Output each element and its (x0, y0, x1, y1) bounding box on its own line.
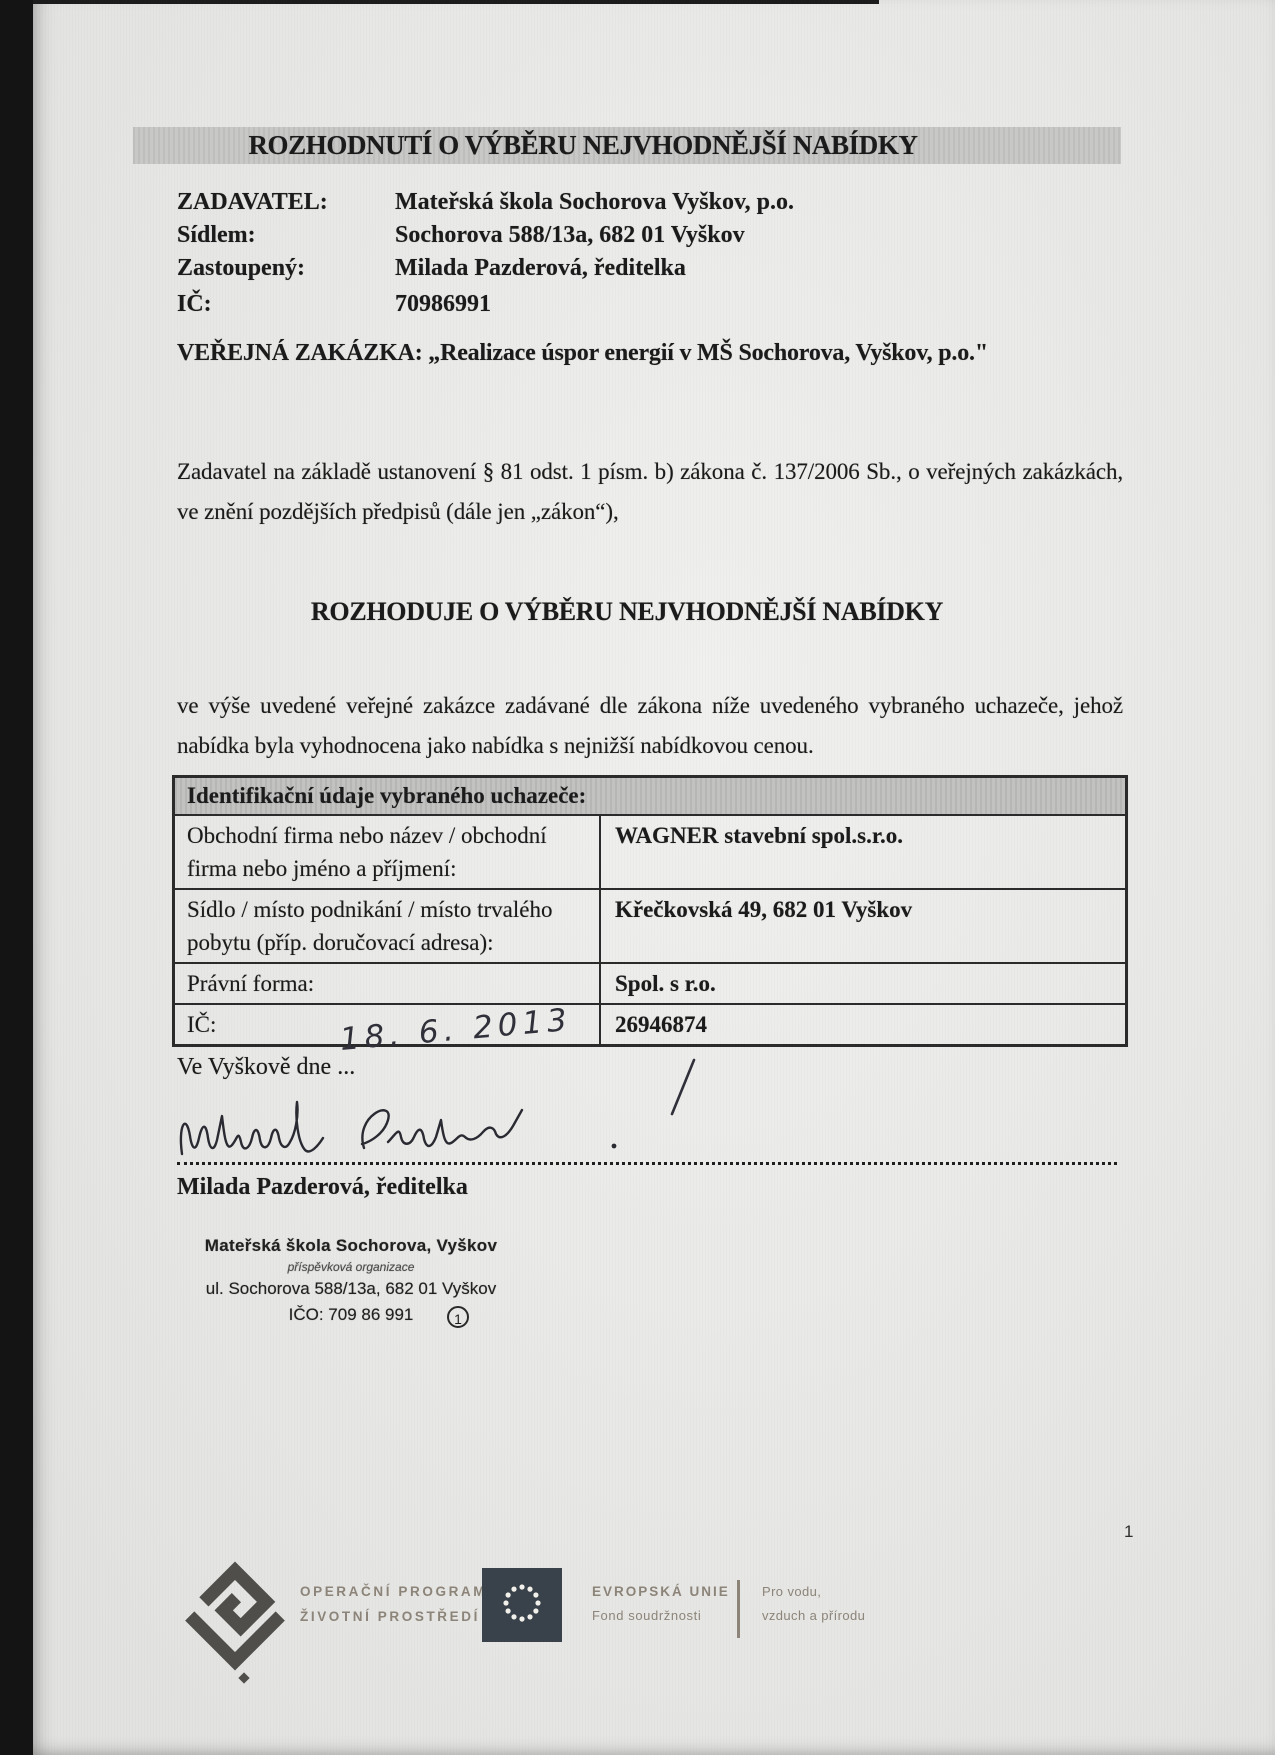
public-contract-line: VEŘEJNÁ ZAKÁZKA: „Realizace úspor energi… (177, 340, 988, 367)
document-title: ROZHODNUTÍ O VÝBĚRU NEJVHODNĚJŠÍ NABÍDKY (248, 130, 917, 161)
authority-row: Sídlem: Sochorova 588/13a, 682 01 Vyškov (177, 219, 937, 252)
table-row: IČ: 26946874 (175, 1005, 1125, 1044)
op-program-line2: ŽIVOTNÍ PROSTŘEDÍ (300, 1609, 487, 1624)
authority-row: IČ: 70986991 (177, 288, 937, 321)
authority-row: ZADAVATEL: Mateřská škola Sochorova Vyšk… (177, 186, 937, 219)
eu-line1: EVROPSKÁ UNIE (592, 1584, 730, 1599)
intro-paragraph: Zadavatel na základě ustanovení § 81 ods… (177, 452, 1123, 532)
slogan-line1: Pro vodu, (762, 1584, 865, 1599)
footer-divider (737, 1580, 740, 1638)
stamp-org-name: Mateřská škola Sochorova, Vyškov (186, 1236, 516, 1256)
authority-value: Sochorova 588/13a, 682 01 Vyškov (395, 219, 745, 252)
authority-label: Sídlem: (177, 219, 395, 252)
authority-block: ZADAVATEL: Mateřská škola Sochorova Vyšk… (177, 186, 937, 321)
eu-flag-icon (482, 1568, 562, 1642)
stamp-org-type: příspěvková organizace (186, 1260, 516, 1274)
table-row-value: WAGNER stavební spol.s.r.o. (601, 816, 1125, 888)
eu-label: EVROPSKÁ UNIE Fond soudržnosti (592, 1584, 730, 1623)
authority-label: Zastoupený: (177, 252, 395, 285)
table-row-value: 26946874 (601, 1005, 1125, 1044)
authority-label: IČ: (177, 288, 395, 321)
stamp-number-badge: 1 (447, 1306, 469, 1328)
authority-label: ZADAVATEL: (177, 186, 395, 219)
authority-value: 70986991 (395, 288, 491, 321)
eu-line2: Fond soudržnosti (592, 1608, 730, 1623)
scanned-document-page: ROZHODNUTÍ O VÝBĚRU NEJVHODNĚJŠÍ NABÍDKY… (0, 0, 1275, 1755)
title-band: ROZHODNUTÍ O VÝBĚRU NEJVHODNĚJŠÍ NABÍDKY (133, 127, 1121, 164)
opzp-logo-icon (183, 1558, 287, 1674)
table-row-label: Právní forma: (175, 964, 601, 1003)
table-row: Sídlo / místo podnikání / místo trvalého… (175, 890, 1125, 964)
footer-slogan: Pro vodu, vzduch a přírodu (762, 1584, 865, 1623)
date-line-label: Ve Vyškově dne ... (177, 1054, 355, 1081)
op-program-line1: OPERAČNÍ PROGRAM (300, 1584, 487, 1599)
slogan-line2: vzduch a přírodu (762, 1608, 865, 1623)
scan-edge-top (33, 0, 879, 4)
authority-value: Mateřská škola Sochorova Vyškov, p.o. (395, 186, 794, 219)
decision-paragraph: ve výše uvedené veřejné zakázce zadávané… (177, 686, 1123, 766)
stamp-address: ul. Sochorova 588/13a, 682 01 Vyškov (186, 1279, 516, 1299)
selected-bidder-table: Identifikační údaje vybraného uchazeče: … (172, 775, 1128, 1047)
signatory-printed-name: Milada Pazderová, ředitelka (177, 1174, 468, 1201)
table-row-value: Křečkovská 49, 682 01 Vyškov (601, 890, 1125, 962)
table-row-label: Sídlo / místo podnikání / místo trvalého… (175, 890, 601, 962)
authority-value: Milada Pazderová, ředitelka (395, 252, 686, 285)
op-program-label: OPERAČNÍ PROGRAM ŽIVOTNÍ PROSTŘEDÍ (300, 1584, 487, 1624)
page-number: 1 (1124, 1522, 1133, 1542)
table-row-label: Obchodní firma nebo název / obchodní fir… (175, 816, 601, 888)
table-header: Identifikační údaje vybraného uchazeče: (175, 778, 1125, 816)
decision-heading: ROZHODUJE O VÝBĚRU NEJVHODNĚJŠÍ NABÍDKY (133, 597, 1121, 627)
table-row-value: Spol. s r.o. (601, 964, 1125, 1003)
authority-row: Zastoupený: Milada Pazderová, ředitelka (177, 252, 937, 285)
table-row: Obchodní firma nebo název / obchodní fir… (175, 816, 1125, 890)
signature-dotted-line (177, 1146, 1117, 1165)
table-row: Právní forma: Spol. s r.o. (175, 964, 1125, 1005)
